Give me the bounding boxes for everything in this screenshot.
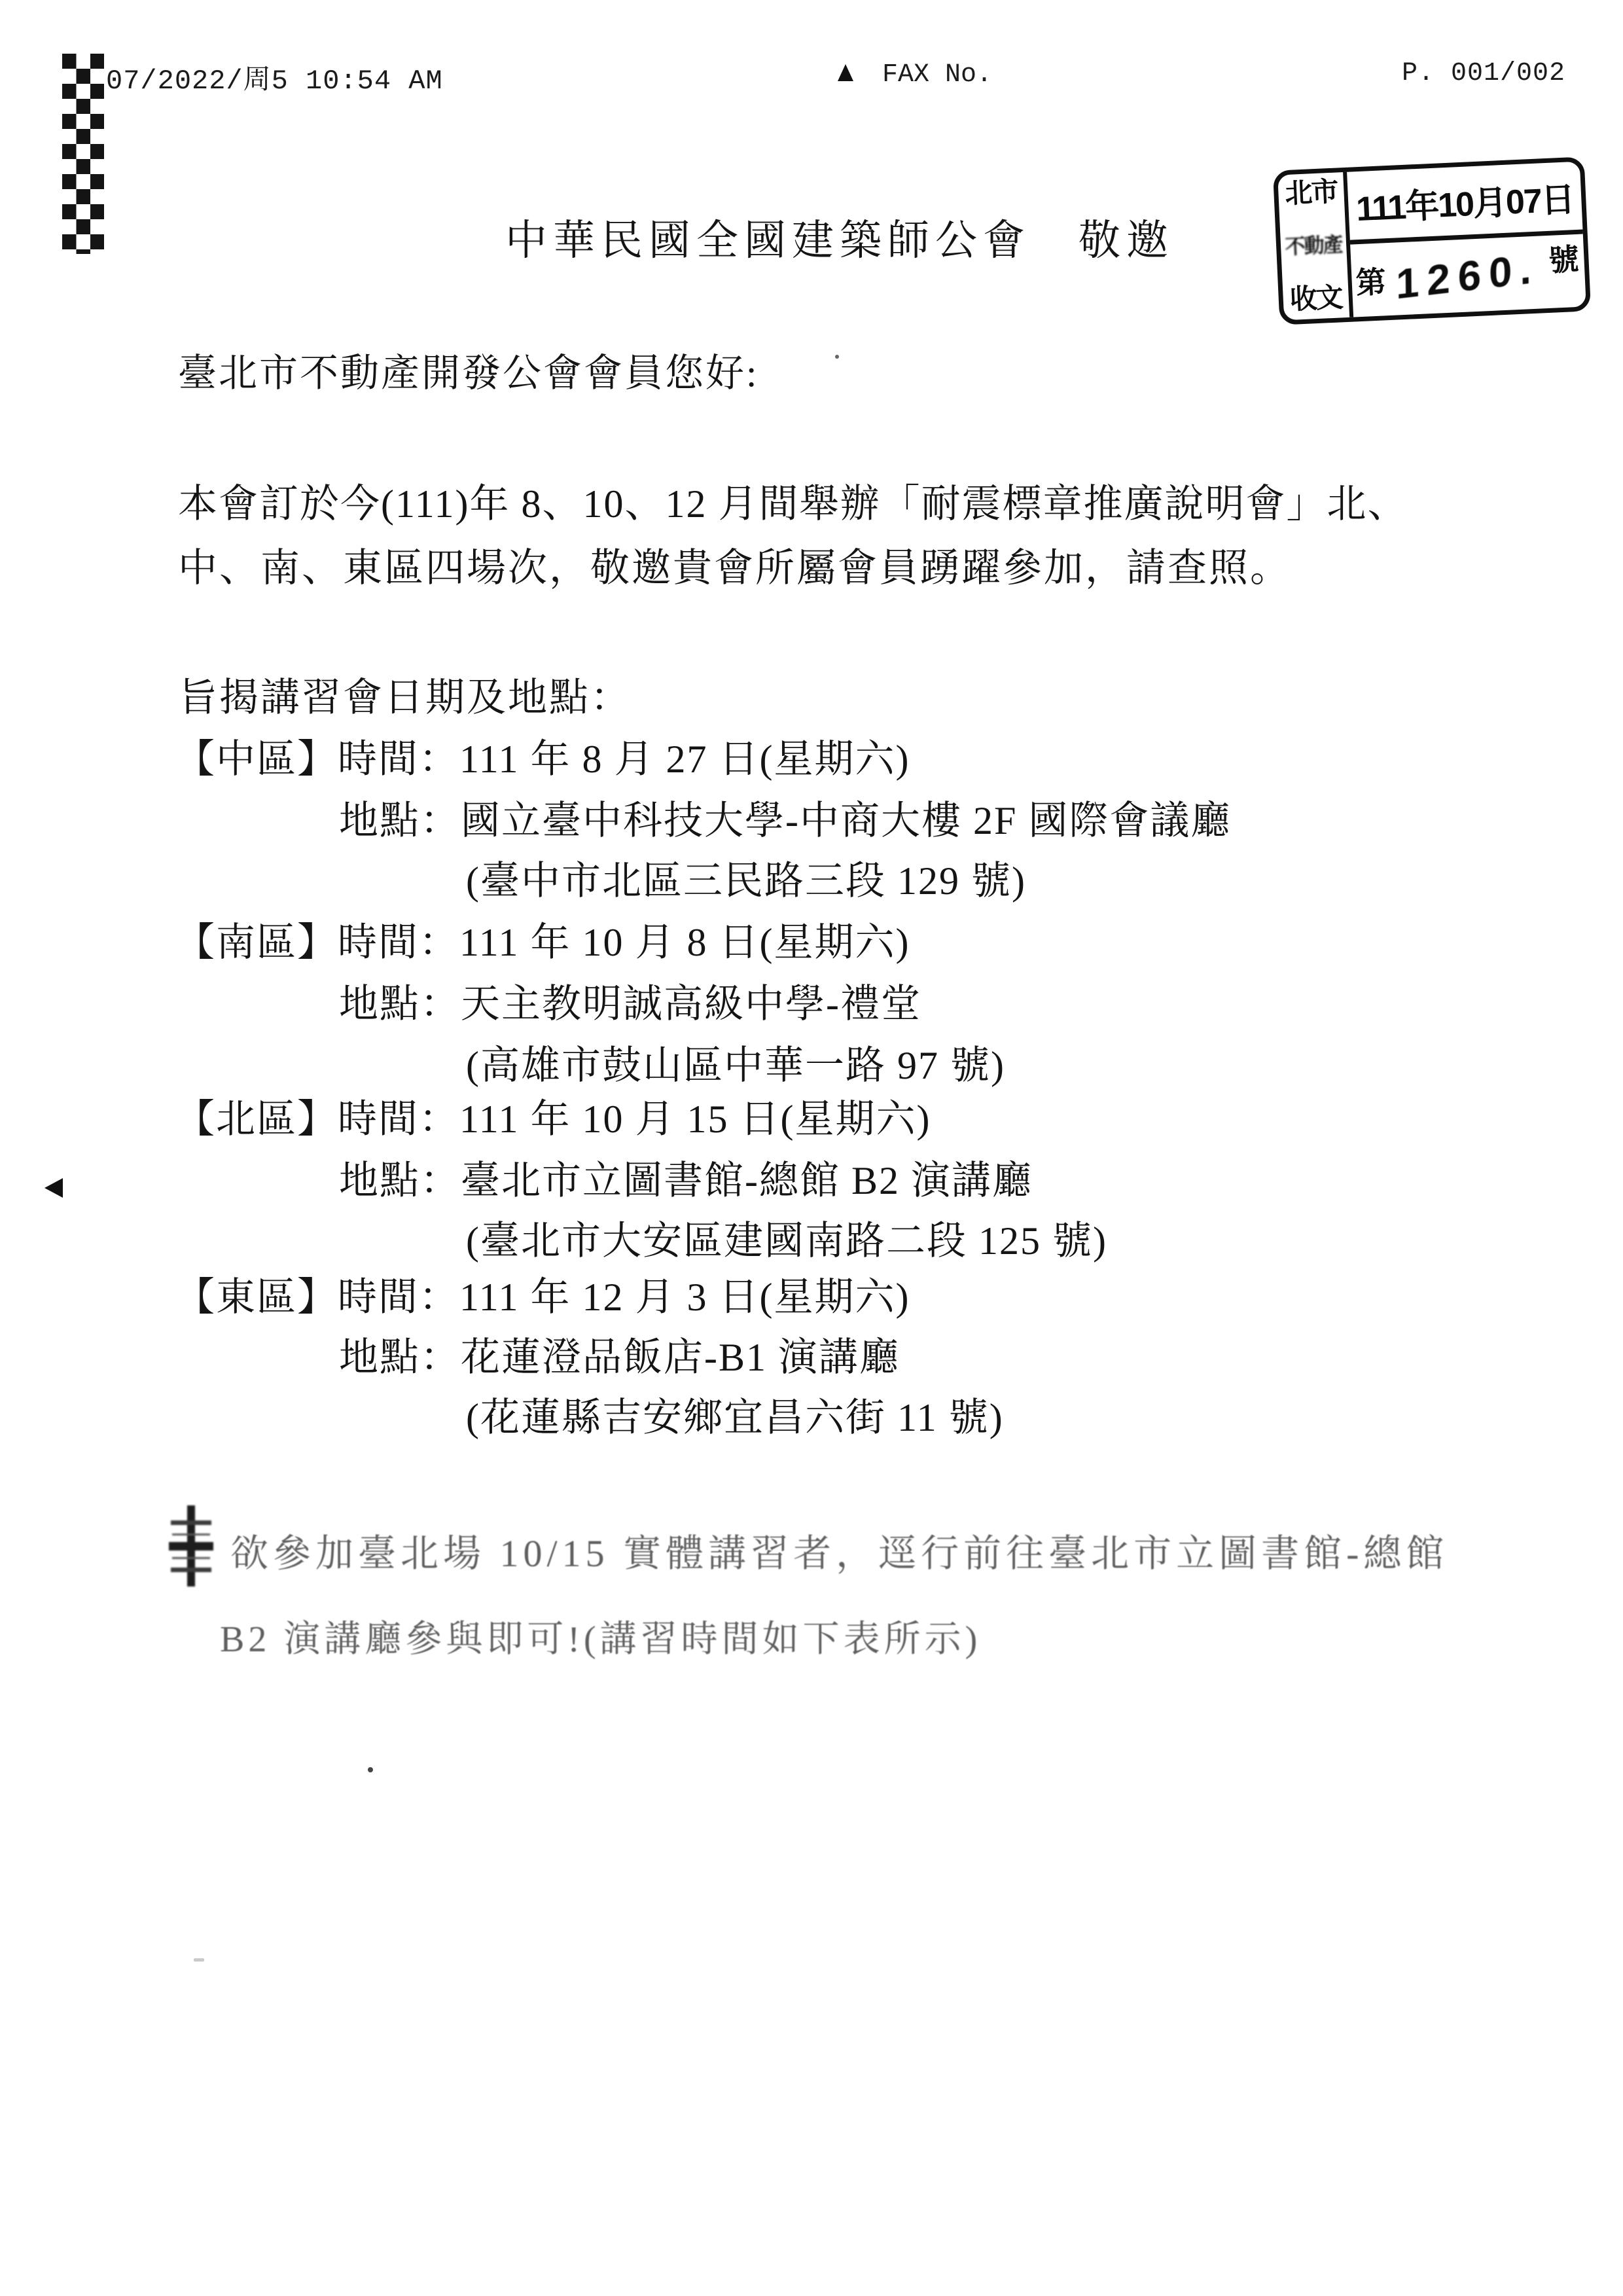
stamp-org-column: 北市 不動產 收文: [1277, 172, 1353, 321]
session-east-location: 地點：花蓮澄品飯店-B1 演講廳: [339, 1326, 900, 1382]
fax-calibration-checkerboard: [62, 54, 104, 254]
stamp-number-prefix: 第: [1355, 258, 1387, 302]
session-central-time: 【中區】時間：111 年 8 月 27 日(星期六): [175, 728, 910, 784]
receipt-stamp: 北市 不動產 收文 111年10月07日 第 1260. 號: [1273, 156, 1591, 325]
session-north-time: 【北區】時間：111 年 10 月 15 日(星期六): [175, 1088, 931, 1144]
scan-speck: [194, 1958, 204, 1962]
document-title: 中華民國全國建築師公會 敬邀: [505, 207, 1174, 267]
session-north-location: 地點：臺北市立圖書館-總館 B2 演講廳: [339, 1149, 1033, 1206]
note-reference-mark-icon: [168, 1505, 215, 1587]
greeting-line: 臺北市不動產開發公會會員您好:: [178, 342, 758, 397]
stamp-detail-column: 111年10月07日 第 1260. 號: [1347, 162, 1586, 317]
session-south-address: (高雄市鼓山區中華一路 97 號): [466, 1034, 1005, 1090]
fax-timestamp: 07/2022/周5 10:54 AM: [106, 58, 443, 97]
session-east-address: (花蓮縣吉安鄉宜昌六街 11 號): [466, 1386, 1004, 1443]
stamp-handwritten-number: 1260.: [1386, 242, 1549, 310]
schedule-intro-line: 旨揭講習會日期及地點：: [178, 666, 632, 723]
body-paragraph-line2: 中、南、東區四場次，敬邀貴會所屬會員踴躍參加，請查照。: [178, 537, 1291, 593]
note-line1: 欲參加臺北場 10/15 實體講習者，逕行前往臺北市立圖書館-總館: [230, 1522, 1448, 1577]
stamp-number-row: 第 1260. 號: [1350, 234, 1586, 317]
stamp-org-line3: 收文: [1289, 283, 1343, 314]
session-north-address: (臺北市大安區建國南路二段 125 號): [466, 1210, 1107, 1266]
stamp-date: 111年10月07日: [1347, 162, 1583, 245]
stamp-org-line2: 不動產: [1285, 234, 1342, 257]
body-paragraph-line1: 本會訂於今(111)年 8、10、12 月間舉辦「耐震標章推廣說明會」北、: [178, 473, 1408, 529]
session-east-time: 【東區】時間：111 年 12 月 3 日(星期六): [175, 1266, 910, 1322]
fax-number-label: FAX No.: [882, 60, 992, 90]
note-line2: B2 演講廳參與即可!(講習時間如下表所示): [220, 1610, 981, 1662]
scan-speck: [368, 1767, 373, 1772]
session-south-location: 地點：天主教明誠高級中學-禮堂: [339, 973, 921, 1029]
scan-speck: [835, 355, 839, 359]
session-central-address: (臺中市北區三民路三段 129 號): [466, 850, 1026, 906]
fax-document-page: 07/2022/周5 10:54 AM FAX No. P. 001/002 北…: [0, 0, 1623, 2296]
session-south-time: 【南區】時間：111 年 10 月 8 日(星期六): [175, 911, 910, 967]
fax-page-indicator: P. 001/002: [1402, 59, 1565, 88]
up-triangle-icon: [838, 64, 853, 81]
left-triangle-icon: [45, 1178, 63, 1198]
stamp-org-line1: 北市: [1285, 178, 1338, 208]
stamp-number-suffix: 號: [1548, 236, 1580, 280]
session-central-location: 地點：國立臺中科技大學-中商大樓 2F 國際會議廳: [339, 789, 1231, 846]
